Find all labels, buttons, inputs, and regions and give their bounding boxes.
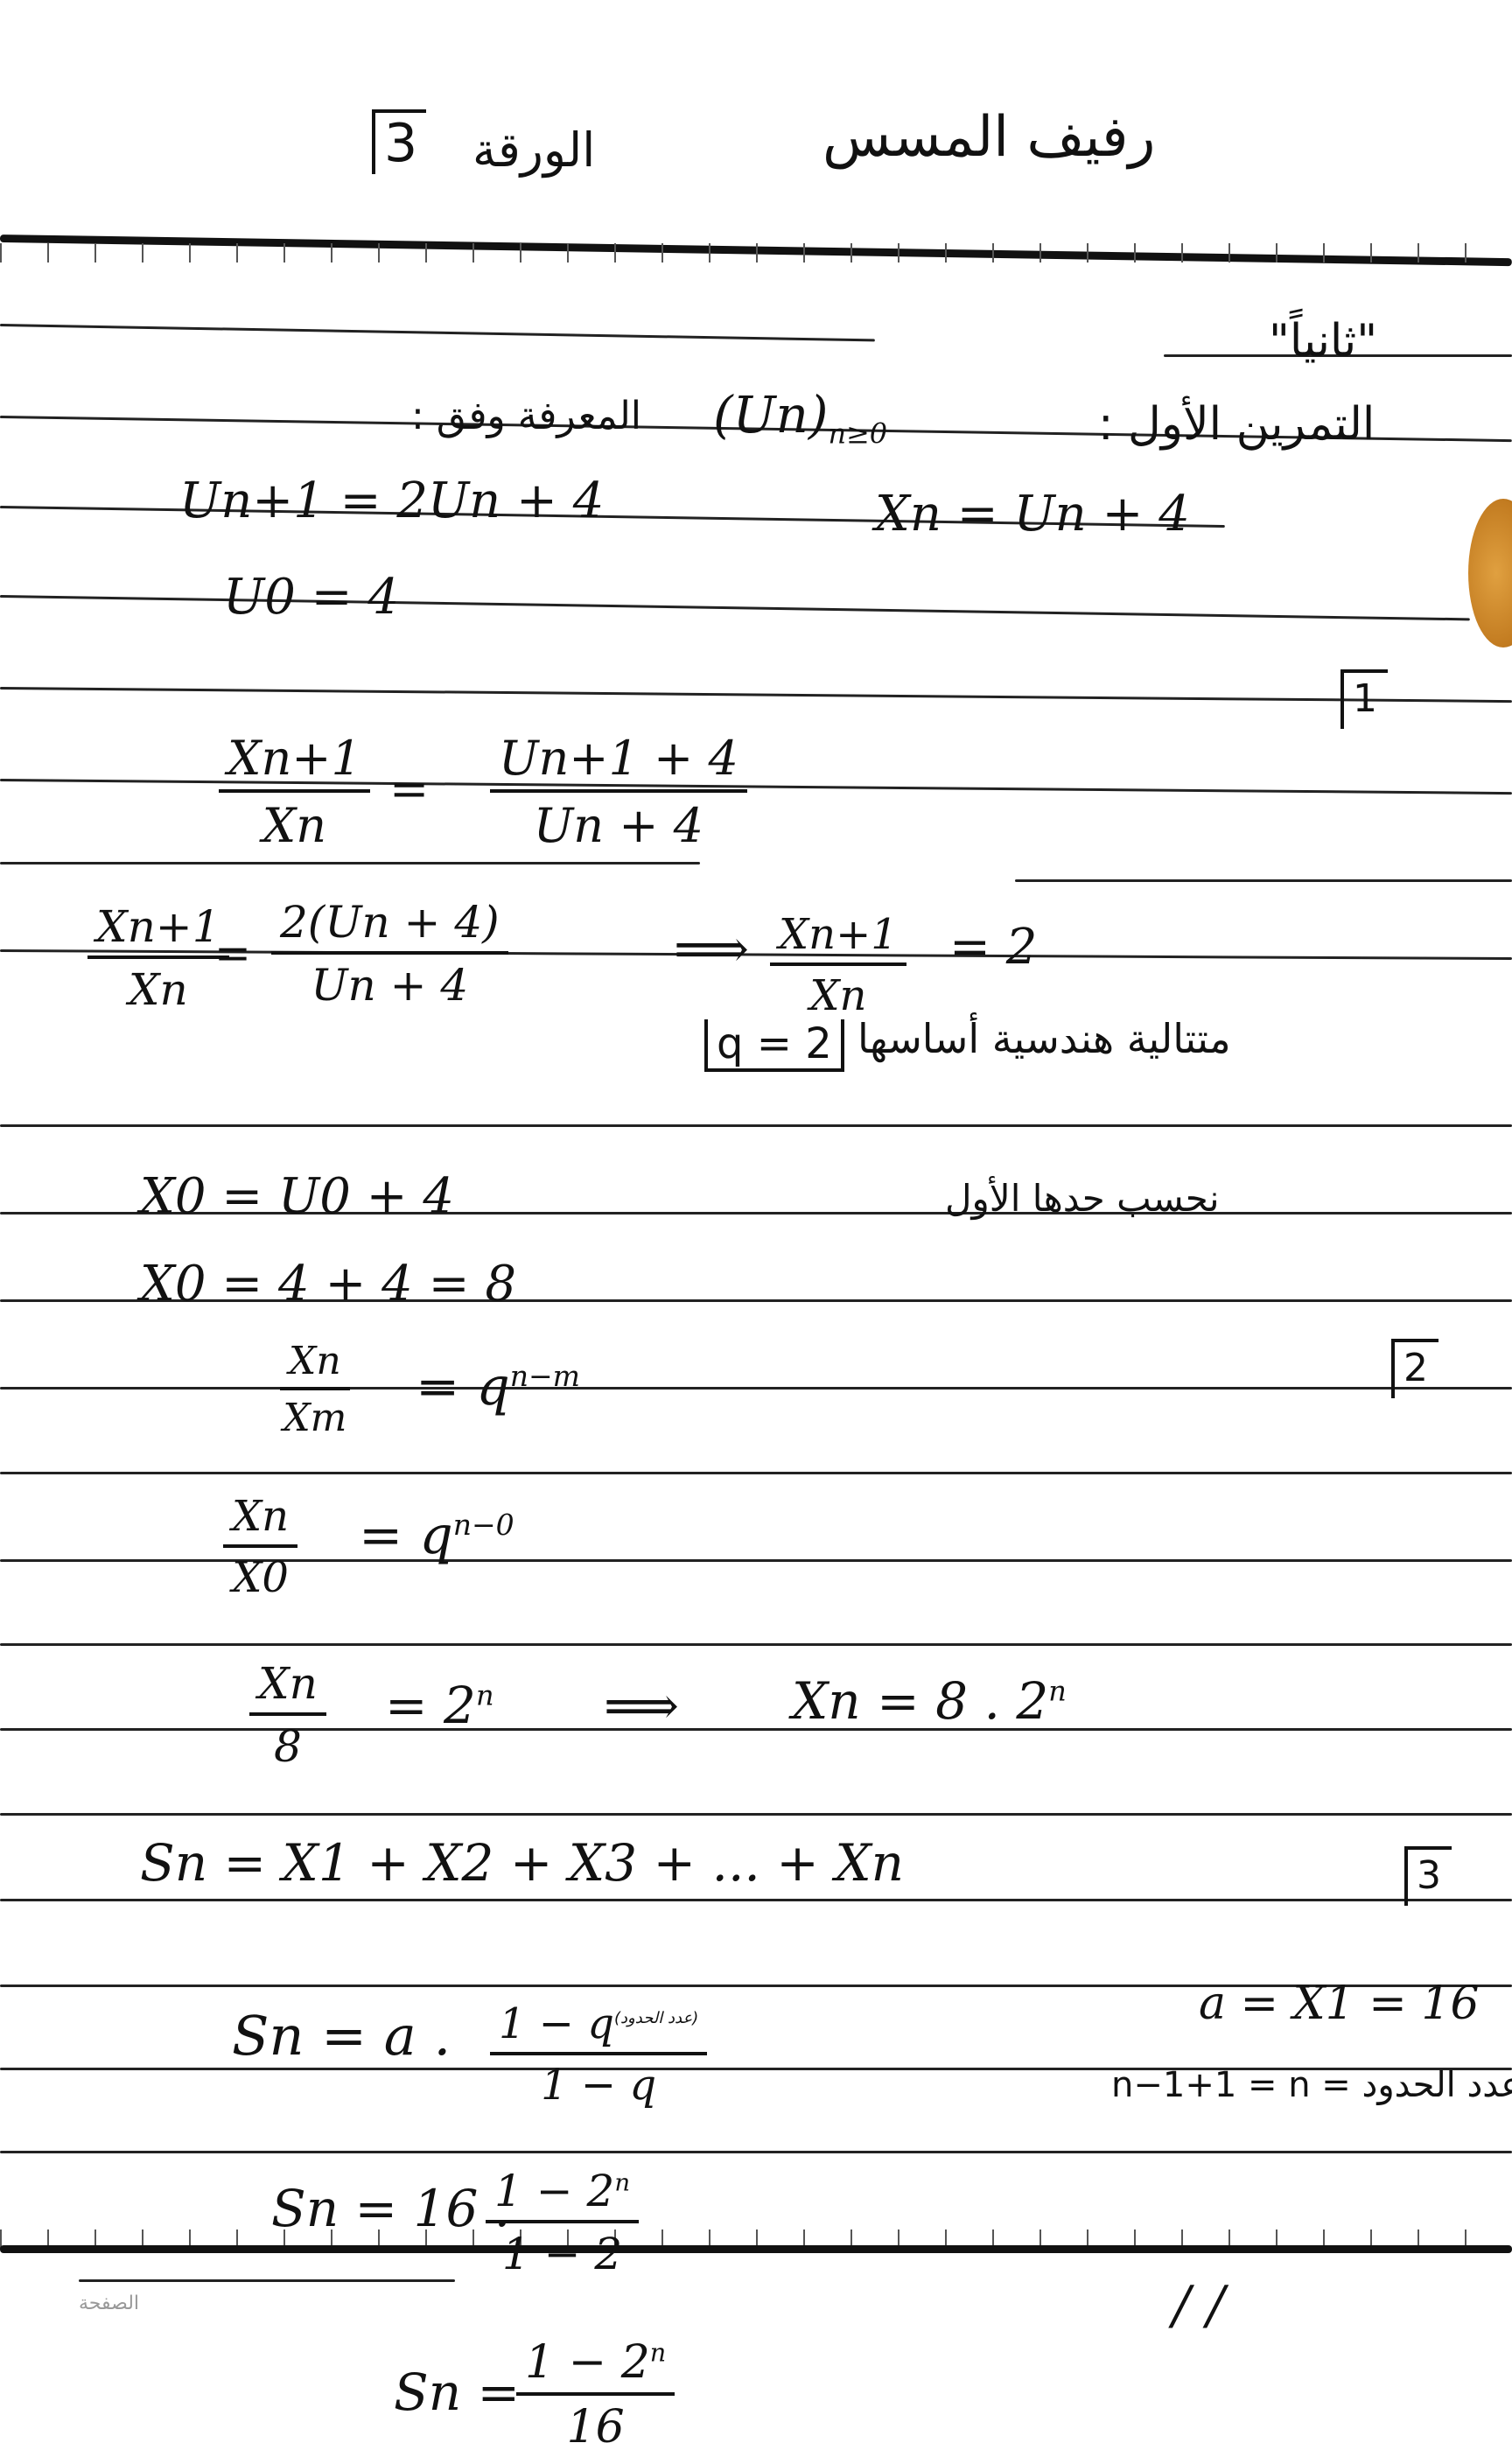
- term-count: عدد الحدود = n−1+1 = n: [1111, 2065, 1512, 2105]
- first-term-a: a = X1 = 16: [1199, 1977, 1480, 2030]
- sheet-number-box: 3: [372, 109, 426, 174]
- sum-substituted-num: 1 − 2n: [486, 2166, 639, 2223]
- part3-label: 3: [1404, 1846, 1452, 1906]
- exercise-title: التمرين الأول :: [1098, 398, 1375, 451]
- ruled-line: [0, 1124, 1512, 1127]
- general-formula-den: Xm: [283, 1390, 346, 1440]
- date-slashes: / /: [1172, 2275, 1225, 2336]
- ruled-line: [0, 1728, 1512, 1731]
- result-ratio-num: Xn+1: [770, 910, 906, 966]
- equals-sign: =: [389, 761, 429, 816]
- ruled-line: [0, 862, 700, 864]
- sub-formula-num: Xn: [223, 1492, 297, 1548]
- ratio-box: q = 2: [704, 1019, 844, 1072]
- base-value: 2: [444, 1676, 476, 1735]
- exponent: n: [476, 1679, 494, 1712]
- sub-formula-rhs: = qn−0: [359, 1505, 514, 1566]
- step2-rhs: 2(Un + 4) Un + 4: [271, 897, 508, 1011]
- ruled-line: [0, 1643, 1512, 1646]
- geometric-conclusion: متتالية هندسية أساسها: [857, 1015, 1231, 1062]
- final-sum-num: 1 − 2n: [516, 2336, 675, 2396]
- ruled-line: [0, 1387, 1512, 1389]
- equals-sign: =: [214, 927, 251, 978]
- exponent: n−0: [453, 1508, 514, 1542]
- sum-substituted-lhs: Sn = 16 .: [271, 2179, 510, 2238]
- exponent: n−m: [510, 1359, 580, 1393]
- sequence-name: (Un): [713, 385, 829, 444]
- eval-formula-lhs: Xn 8: [249, 1658, 326, 1772]
- part1-label: 1: [1340, 669, 1388, 729]
- ratio-rhs-num: Un+1 + 4: [490, 731, 747, 793]
- eval-formula-den: 8: [274, 1716, 302, 1772]
- ruled-line: [1015, 879, 1512, 882]
- exponent: n: [614, 2168, 630, 2196]
- part2-label: 2: [1391, 1339, 1438, 1398]
- step2-rhs-den: Un + 4: [311, 955, 468, 1011]
- sequence-domain: n≥0: [829, 417, 888, 451]
- final-num-text: 1 − 2: [525, 2336, 650, 2389]
- exponent: n: [650, 2338, 666, 2368]
- final-sum-fraction: 1 − 2n 16: [516, 2336, 675, 2453]
- sum-formula-den: 1 − q: [541, 2055, 656, 2110]
- sub-formula-den: X0: [232, 1548, 289, 1602]
- ruled-line: [0, 1472, 1512, 1474]
- bottom-margin-rule: [0, 2245, 1512, 2253]
- ratio-lhs-den: Xn: [262, 793, 326, 853]
- ruled-line: [0, 595, 1470, 620]
- sum-substituted-den: 1 − 2: [502, 2223, 622, 2279]
- ratio-q: q: [476, 1356, 509, 1417]
- ruled-line: [0, 324, 875, 341]
- ruled-line: [0, 2151, 1512, 2153]
- final-sum-lhs: Sn =: [394, 2362, 520, 2422]
- general-formula-lhs: Xn Xm: [280, 1339, 350, 1440]
- orange-marker-mark: [1468, 499, 1512, 647]
- final-sum-den: 16: [567, 2396, 625, 2453]
- term-count-exponent: (عدد الحدود): [614, 2009, 698, 2027]
- section-title: "ثانياً": [1269, 315, 1377, 367]
- eval-formula-rhs: = 2n: [385, 1676, 494, 1735]
- result-value: = 2: [949, 919, 1037, 976]
- sequence-symbol: (Un)n≥0: [713, 385, 887, 451]
- general-formula-rhs: = qn−m: [416, 1356, 580, 1417]
- xn-general-term: Xn = 8 . 2n: [792, 1671, 1067, 1731]
- recurrence-relation: Un+1 = 2Un + 4: [179, 472, 604, 529]
- sum-formula-num: 1 − q(عدد الحدود): [490, 1999, 707, 2055]
- x0-value: X0 = 4 + 4 = 8: [140, 1256, 516, 1312]
- implies-arrow: ⟹: [604, 1676, 679, 1737]
- exponent: n: [1048, 1675, 1067, 1708]
- ratio-lhs: Xn+1 Xn: [219, 731, 370, 853]
- sum-definition: Sn = X1 + X2 + X3 + ... + Xn: [140, 1833, 904, 1893]
- sum-substituted-fraction: 1 − 2n 1 − 2: [486, 2166, 639, 2279]
- x0-definition: X0 = U0 + 4: [140, 1168, 454, 1225]
- ruled-line: [0, 687, 1512, 703]
- ratio-rhs: Un+1 + 4 Un + 4: [490, 731, 747, 853]
- aux-sequence-definition: Xn = Un + 4: [875, 486, 1190, 542]
- sequence-intro: المعرفة وفق :: [411, 394, 641, 438]
- ratio-rhs-den: Un + 4: [534, 793, 703, 853]
- student-name: رفيف المسس: [822, 105, 1155, 170]
- xn-result: Xn = 8 . 2: [792, 1671, 1048, 1731]
- eval-formula-num: Xn: [249, 1658, 326, 1716]
- sub-num-text: 1 − 2: [494, 2166, 614, 2216]
- ratio-q: q: [419, 1505, 452, 1566]
- step2-lhs-den: Xn: [129, 959, 188, 1015]
- ruled-line: [0, 1813, 1512, 1816]
- step2-rhs-num: 2(Un + 4): [271, 897, 508, 955]
- step2-lhs-num: Xn+1: [87, 901, 229, 959]
- sheet-label: الورقة: [472, 122, 595, 178]
- implies-arrow: ⟹: [674, 919, 749, 980]
- sum-formula-fraction: 1 − q(عدد الحدود) 1 − q: [490, 1999, 707, 2110]
- sum-num-text: 1 − q: [499, 1999, 614, 2048]
- sub-formula-lhs: Xn X0: [223, 1492, 297, 1602]
- ratio-lhs-num: Xn+1: [219, 731, 370, 793]
- ruled-line: [0, 1899, 1512, 1901]
- result-ratio: Xn+1 Xn: [770, 910, 906, 1020]
- first-term-note: نحسب حدها الأول: [945, 1177, 1220, 1220]
- sum-formula-lhs: Sn = a .: [232, 2004, 451, 2068]
- step2-lhs: Xn+1 Xn: [87, 901, 229, 1015]
- result-ratio-den: Xn: [809, 966, 866, 1020]
- footer-note: الصفحة: [79, 2292, 139, 2314]
- initial-term: U0 = 4: [223, 569, 399, 626]
- general-formula-num: Xn: [280, 1339, 350, 1390]
- top-rule-ticks: [0, 243, 1512, 262]
- ruled-line: [79, 2279, 455, 2282]
